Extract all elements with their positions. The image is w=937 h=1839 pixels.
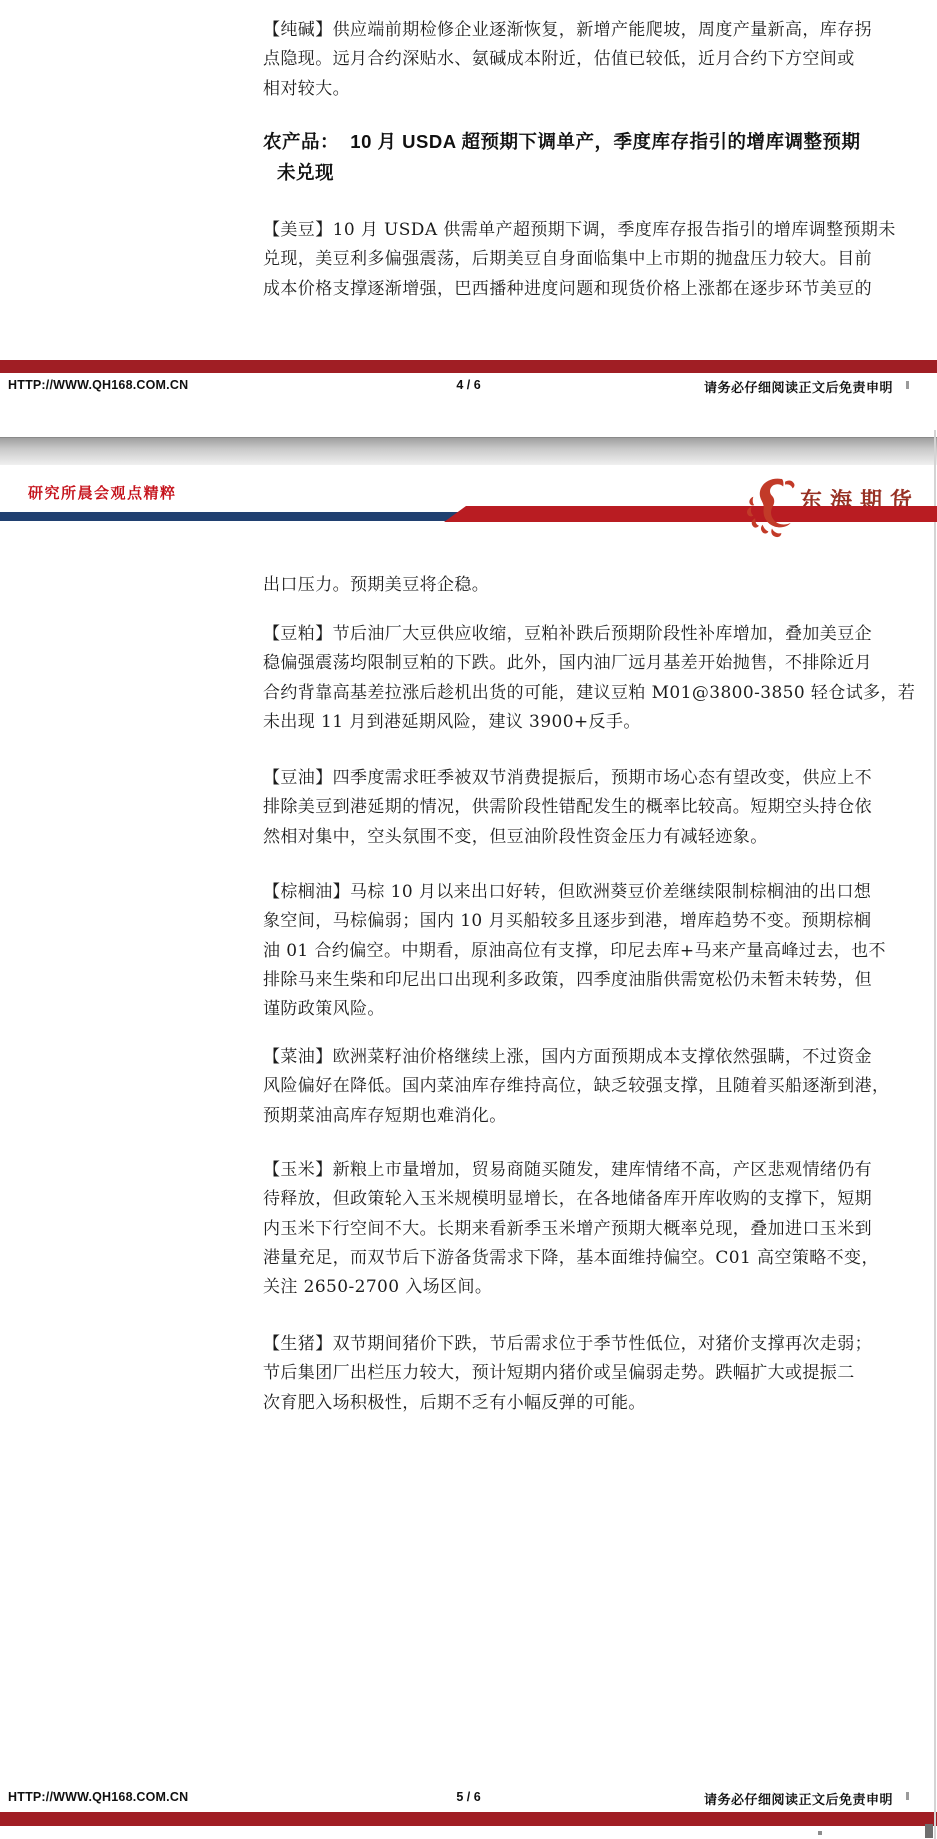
footer-artifact-mark [906, 1792, 909, 1800]
text-line: 次育肥入场积极性，后期不乏有小幅反弹的可能。 [263, 1389, 923, 1418]
text-line: 油 01 合约偏空。中期看，原油高位有支撑，印尼去库+马来产量高峰过去，也不 [263, 937, 923, 966]
paragraph-chunjian: 【纯碱】供应端前期检修企业逐渐恢复，新增产能爬坡，周度产量新高，库存拐点隐现。远… [263, 16, 923, 104]
page-corner-artifact [925, 1824, 933, 1838]
footer-disclaimer: 请务必仔细阅读正文后免责申明 [704, 377, 893, 396]
text-line: 象空间，马棕偏弱；国内 10 月买船较多且逐步到港，增库趋势不变。预期棕榈 [263, 907, 923, 936]
text-line: 港量充足，而双节后下游备货需求下降，基本面维持偏空。C01 高空策略不变， [263, 1244, 923, 1273]
footer-url: HTTP://WWW.QH168.COM.CN [8, 378, 188, 392]
text-line: 节后集团厂出栏压力较大，预计短期内猪价或呈偏弱走势。跌幅扩大或提振二 [263, 1359, 923, 1388]
page-separator [0, 437, 937, 465]
text-line: 兑现，美豆利多偏强震荡，后期美豆自身面临集中上市期的抛盘压力较大。目前 [263, 245, 923, 274]
page-number: 5 / 6 [441, 1790, 497, 1804]
page4-footer-bar [0, 360, 937, 373]
text-line: 排除美豆到港延期的情况，供需阶段性错配发生的概率比较高。短期空头持仓依 [263, 793, 923, 822]
text-line: 稳偏强震荡均限制豆粕的下跌。此外，国内油厂远月基差开始抛售，不排除近月 [263, 649, 923, 678]
text-line: 【玉米】新粮上市量增加，贸易商随买随发，建库情绪不高，产区悲观情绪仍有 [263, 1156, 923, 1185]
pdf-report-view: 【纯碱】供应端前期检修企业逐渐恢复，新增产能爬坡，周度产量新高，库存拐点隐现。远… [0, 0, 937, 1839]
text-line: 相对较大。 [263, 75, 923, 104]
text-line: 谨防政策风险。 [263, 995, 923, 1024]
page5-footer-bar [0, 1812, 937, 1826]
page-number: 4 / 6 [441, 378, 497, 392]
footer-disclaimer: 请务必仔细阅读正文后免责申明 [704, 1789, 893, 1808]
text-line: 成本价格支撑逐渐增强，巴西播种进度问题和现货价格上涨都在逐步环节美豆的 [263, 275, 923, 304]
text-line: 内玉米下行空间不大。长期来看新季玉米增产预期大概率兑现，叠加进口玉米到 [263, 1215, 923, 1244]
paragraph-meidou: 【美豆】10 月 USDA 供需单产超预期下调，季度库存报告指引的增库调整预期未… [263, 216, 923, 304]
page5-footer: HTTP://WWW.QH168.COM.CN 5 / 6 请务必仔细阅读正文后… [0, 1788, 937, 1810]
text-line: 【豆粕】节后油厂大豆供应收缩，豆粕补跌后预期阶段性补库增加，叠加美豆企 [263, 620, 923, 649]
text-line: 预期菜油高库存短期也难消化。 [263, 1102, 923, 1131]
paragraph-yumi: 【玉米】新粮上市量增加，贸易商随买随发，建库情绪不高，产区悲观情绪仍有待释放，但… [263, 1156, 923, 1302]
text-line: 出口压力。预期美豆将企稳。 [263, 571, 923, 600]
text-line: 【棕榈油】马棕 10 月以来出口好转，但欧洲葵豆价差继续限制棕榈油的出口想 [263, 878, 923, 907]
header-rule-red [444, 506, 937, 522]
text-line: 【纯碱】供应端前期检修企业逐渐恢复，新增产能爬坡，周度产量新高，库存拐 [263, 16, 923, 45]
paragraph-caiyou: 【菜油】欧洲菜籽油价格继续上涨，国内方面预期成本支撑依然强瞒，不过资金风险偏好在… [263, 1043, 923, 1131]
page4-footer: HTTP://WWW.QH168.COM.CN 4 / 6 请务必仔细阅读正文后… [0, 376, 937, 398]
paragraph-doupo: 【豆粕】节后油厂大豆供应收缩，豆粕补跌后预期阶段性补库增加，叠加美豆企稳偏强震荡… [263, 620, 923, 737]
text-line: 关注 2650-2700 入场区间。 [263, 1273, 923, 1302]
donghai-dragon-logo-icon [744, 476, 800, 538]
header-rule-blue [0, 512, 462, 521]
heading-line: 未兑现 [277, 157, 923, 188]
footer-artifact-mark [906, 381, 909, 389]
paragraph-zonglvyou: 【棕榈油】马棕 10 月以来出口好转，但欧洲葵豆价差继续限制棕榈油的出口想象空间… [263, 878, 923, 1024]
paragraph-douyou: 【豆油】四季度需求旺季被双节消费提振后，预期市场心态有望改变，供应上不排除美豆到… [263, 764, 923, 852]
viewer-right-edge [934, 430, 936, 1839]
text-line: 【菜油】欧洲菜籽油价格继续上涨，国内方面预期成本支撑依然强瞒，不过资金 [263, 1043, 923, 1072]
text-line: 【美豆】10 月 USDA 供需单产超预期下调，季度库存报告指引的增库调整预期未 [263, 216, 923, 245]
footer-url: HTTP://WWW.QH168.COM.CN [8, 1790, 188, 1804]
text-line: 然相对集中，空头氛围不变，但豆油阶段性资金压力有减轻迹象。 [263, 823, 923, 852]
text-line: 未出现 11 月到港延期风险，建议 3900+反手。 [263, 708, 923, 737]
text-line: 点隐现。远月合约深贴水、氨碱成本附近，估值已较低，近月合约下方空间或 [263, 45, 923, 74]
paragraph-meidou-continued: 出口压力。预期美豆将企稳。 [263, 571, 923, 600]
text-line: 合约背靠高基差拉涨后趁机出货的可能，建议豆粕 M01@3800-3850 轻仓试… [263, 679, 923, 708]
page-corner-artifact [818, 1831, 822, 1835]
text-line: 待释放，但政策轮入玉米规模明显增长，在各地储备库开库收购的支撑下，短期 [263, 1185, 923, 1214]
section-heading-agri: 农产品： 10 月 USDA 超预期下调单产，季度库存指引的增库调整预期 未兑现 [263, 126, 923, 188]
page-header-title: 研究所晨会观点精粹 [28, 482, 177, 503]
text-line: 风险偏好在降低。国内菜油库存维持高位，缺乏较强支撑，且随着买船逐渐到港， [263, 1072, 923, 1101]
text-line: 【生猪】双节期间猪价下跌，节后需求位于季节性低位，对猪价支撑再次走弱； [263, 1330, 923, 1359]
paragraph-shengzhu: 【生猪】双节期间猪价下跌，节后需求位于季节性低位，对猪价支撑再次走弱；节后集团厂… [263, 1330, 923, 1418]
heading-line: 农产品： 10 月 USDA 超预期下调单产，季度库存指引的增库调整预期 [263, 126, 923, 157]
text-line: 【豆油】四季度需求旺季被双节消费提振后，预期市场心态有望改变，供应上不 [263, 764, 923, 793]
text-line: 排除马来生柴和印尼出口出现利多政策，四季度油脂供需宽松仍未暂未转势，但 [263, 966, 923, 995]
